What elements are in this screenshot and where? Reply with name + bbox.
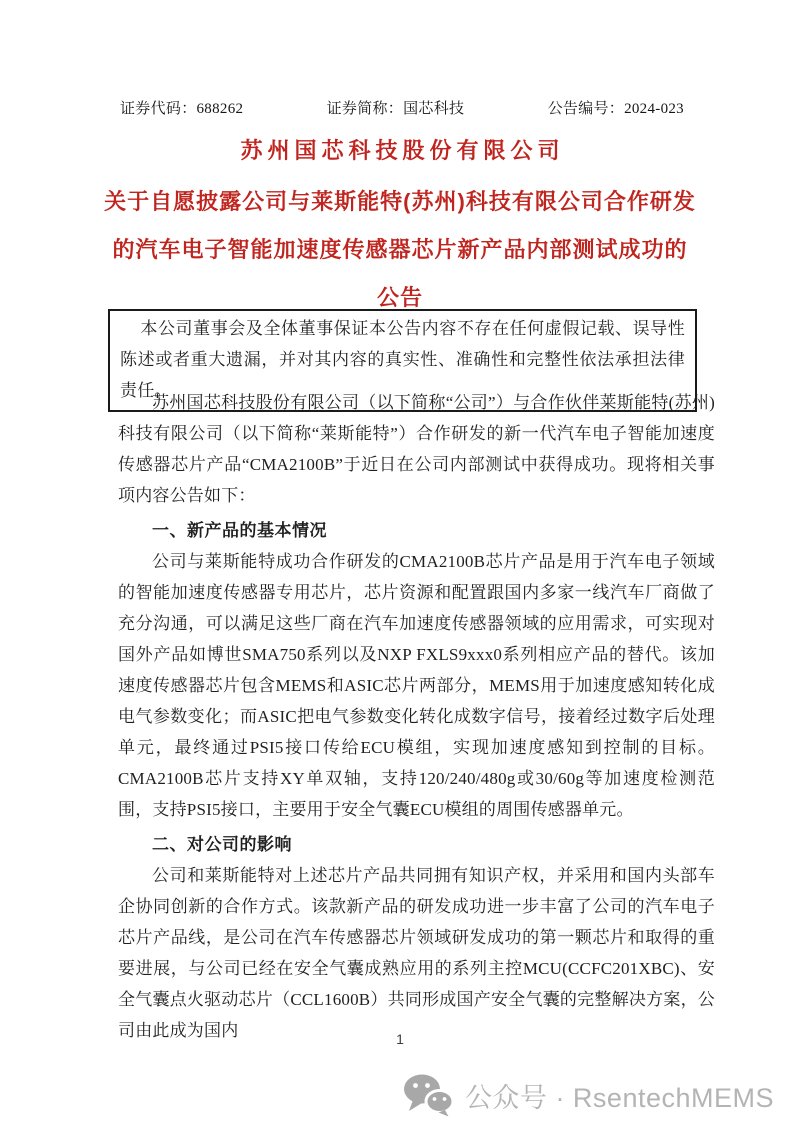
- announcement-number: 公告编号：2024-023: [548, 97, 684, 118]
- watermark: 公众号 · RsentechMEMS: [402, 1072, 774, 1118]
- announcement-title: 关于自愿披露公司与莱斯能特(苏州)科技有限公司合作研发 的汽车电子智能加速度传感…: [0, 178, 800, 322]
- company-title: 苏州国芯科技股份有限公司: [0, 134, 800, 165]
- section2-heading: 二、对公司的影响: [118, 829, 715, 860]
- announcement-page: 证券代码：688262 证券简称：国芯科技 公告编号：2024-023 苏州国芯…: [0, 0, 800, 1131]
- stock-short-name: 证券简称：国芯科技: [327, 97, 465, 118]
- announcement-title-line: 的汽车电子智能加速度传感器芯片新产品内部测试成功的: [0, 226, 800, 274]
- stock-code: 证券代码：688262: [120, 97, 243, 118]
- wechat-icon: [402, 1073, 454, 1117]
- section1-paragraph: 公司与莱斯能特成功合作研发的CMA2100B芯片产品是用于汽车电子领域的智能加速…: [118, 546, 715, 825]
- section1-heading: 一、新产品的基本情况: [118, 515, 715, 546]
- announcement-title-line: 关于自愿披露公司与莱斯能特(苏州)科技有限公司合作研发: [0, 178, 800, 226]
- page-number: 1: [0, 1031, 800, 1047]
- section2-paragraph: 公司和莱斯能特对上述芯片产品共同拥有知识产权，并采用和国内头部车企协同创新的合作…: [118, 860, 715, 1046]
- doc-body: 苏州国芯科技股份有限公司（以下简称“公司”）与合作伙伴莱斯能特(苏州)科技有限公…: [118, 387, 715, 1046]
- intro-paragraph: 苏州国芯科技股份有限公司（以下简称“公司”）与合作伙伴莱斯能特(苏州)科技有限公…: [118, 387, 715, 511]
- watermark-text: 公众号 · RsentechMEMS: [465, 1076, 774, 1115]
- doc-header: 证券代码：688262 证券简称：国芯科技 公告编号：2024-023: [120, 97, 684, 118]
